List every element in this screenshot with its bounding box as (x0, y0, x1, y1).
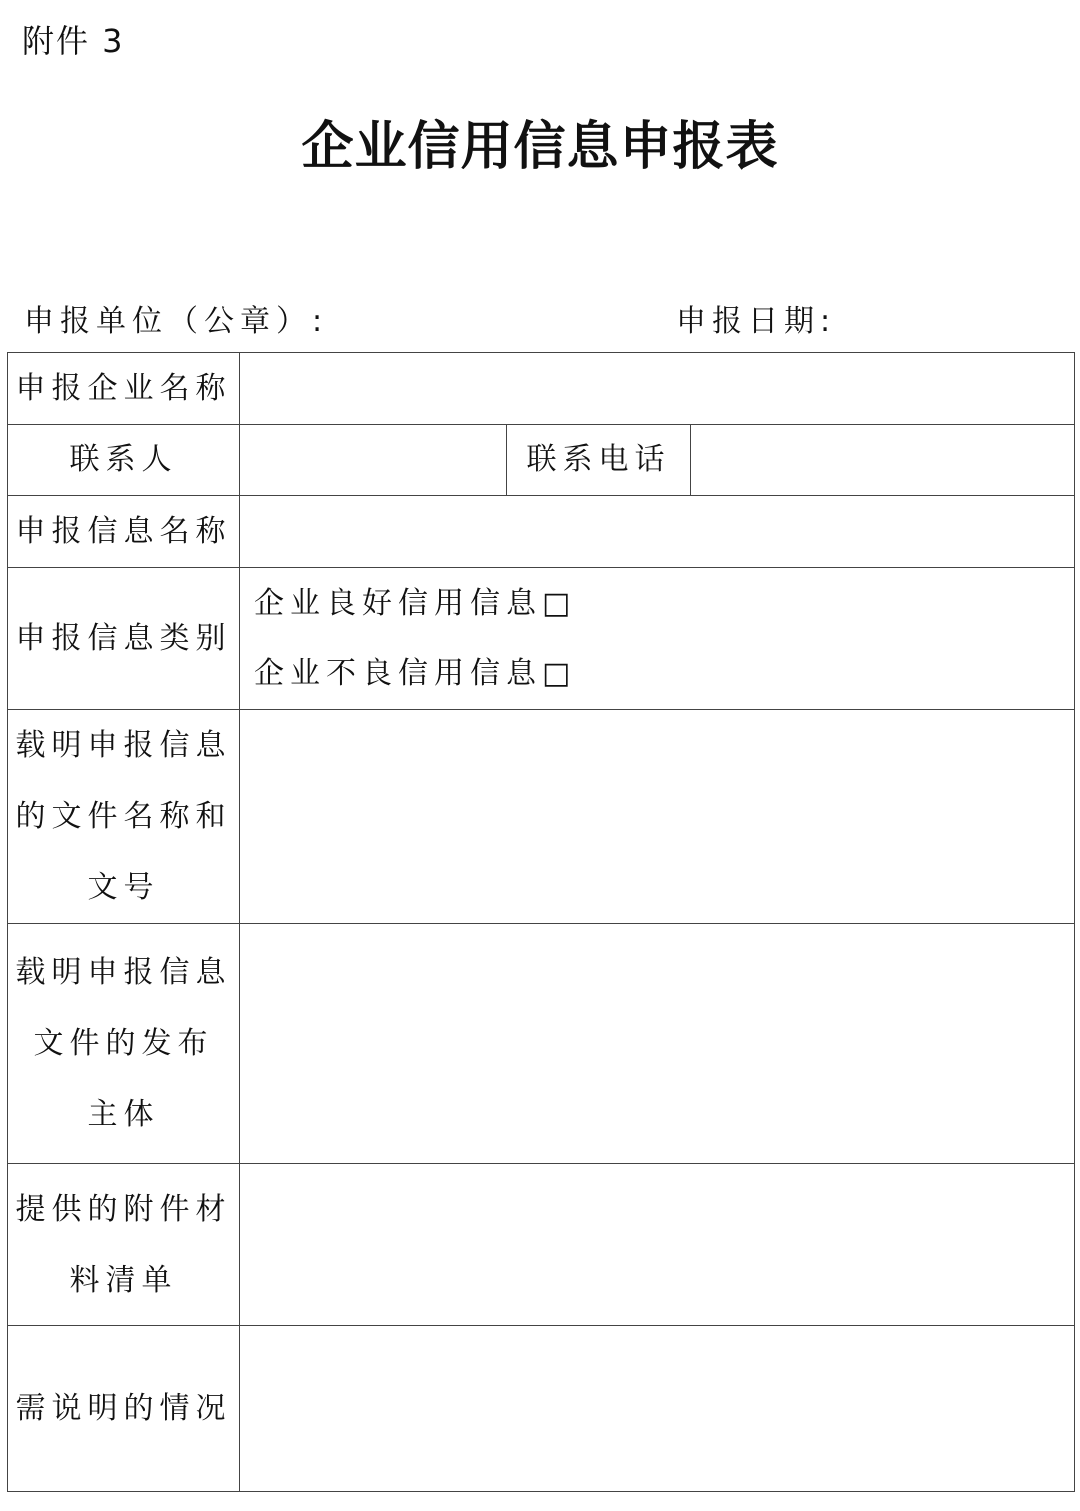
row-company-name: 申报企业名称 (8, 353, 1075, 425)
company-name-field[interactable] (240, 353, 1075, 425)
doc-publisher-field[interactable] (240, 924, 1075, 1164)
doc-name-number-field[interactable] (240, 710, 1075, 924)
row-notes: 需说明的情况 (8, 1326, 1075, 1492)
reporting-unit-label: 申报单位（公章）: (24, 296, 328, 340)
info-category-label: 申报信息类别 (8, 568, 240, 710)
label-line: 载明申报信息 (8, 937, 239, 1008)
label-line: 文号 (8, 852, 239, 923)
attachments-label: 提供的附件材 料清单 (8, 1164, 240, 1326)
label-line: 提供的附件材 (8, 1174, 239, 1245)
row-info-name: 申报信息名称 (8, 496, 1075, 568)
attachment-label: 附件 3 (22, 16, 125, 62)
row-doc-name-number: 载明申报信息 的文件名称和 文号 (8, 710, 1075, 924)
good-credit-checkbox-option[interactable]: 企业良好信用信息□ (254, 569, 1074, 639)
reporting-date-label: 申报日期: (676, 296, 836, 340)
label-line: 主体 (8, 1079, 239, 1150)
credit-info-form-table: 申报企业名称 联系人 联系电话 申报信息名称 申报信息类别 企业良好信用信息□ … (7, 352, 1075, 1492)
attachments-field[interactable] (240, 1164, 1075, 1326)
notes-field[interactable] (240, 1326, 1075, 1492)
label-line: 的文件名称和 (8, 781, 239, 852)
contact-person-label: 联系人 (8, 425, 240, 496)
company-name-label: 申报企业名称 (8, 353, 240, 425)
doc-publisher-label: 载明申报信息 文件的发布 主体 (8, 924, 240, 1164)
info-name-label: 申报信息名称 (8, 496, 240, 568)
label-line: 载明申报信息 (8, 710, 239, 781)
row-contact: 联系人 联系电话 (8, 425, 1075, 496)
label-line: 料清单 (8, 1245, 239, 1316)
info-category-options: 企业良好信用信息□ 企业不良信用信息□ (240, 568, 1075, 710)
contact-person-field[interactable] (240, 425, 507, 496)
contact-phone-label: 联系电话 (507, 425, 691, 496)
row-doc-publisher: 载明申报信息 文件的发布 主体 (8, 924, 1075, 1164)
row-attachments: 提供的附件材 料清单 (8, 1164, 1075, 1326)
row-info-category: 申报信息类别 企业良好信用信息□ 企业不良信用信息□ (8, 568, 1075, 710)
info-name-field[interactable] (240, 496, 1075, 568)
contact-phone-field[interactable] (691, 425, 1075, 496)
form-title: 企业信用信息申报表 (0, 104, 1080, 179)
notes-label: 需说明的情况 (8, 1326, 240, 1492)
doc-name-number-label: 载明申报信息 的文件名称和 文号 (8, 710, 240, 924)
label-line: 文件的发布 (8, 1008, 239, 1079)
bad-credit-checkbox-option[interactable]: 企业不良信用信息□ (254, 639, 1074, 709)
